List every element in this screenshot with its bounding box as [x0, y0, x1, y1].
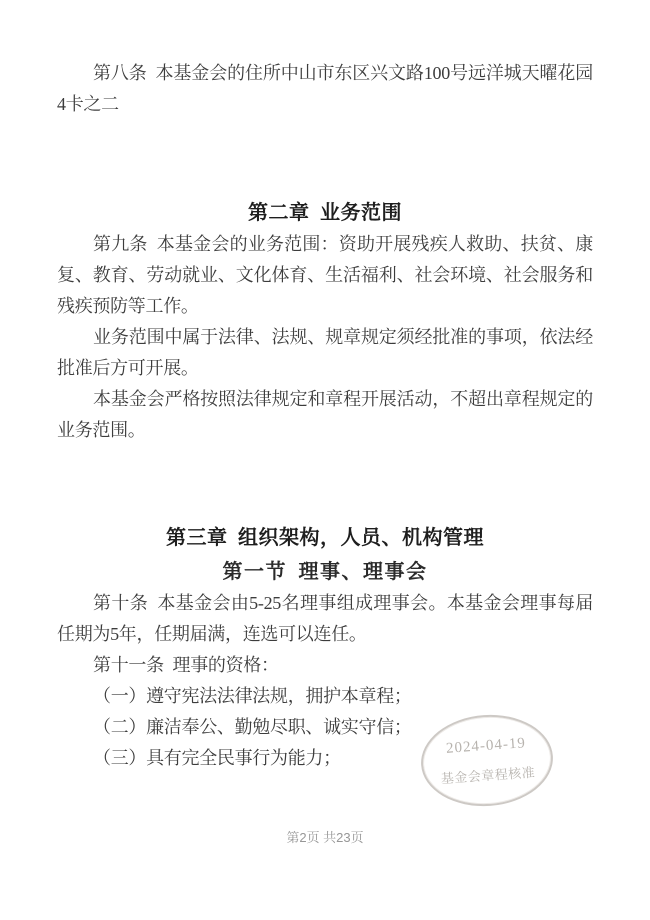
- page-number-indicator: 第2页 共23页: [286, 830, 363, 845]
- chapter-3-heading: 第三章 组织架构，人员、机构管理: [57, 523, 593, 554]
- chapter-2-heading: 第二章 业务范围: [57, 198, 593, 229]
- section-1-heading: 第一节 理事、理事会: [57, 557, 593, 588]
- stamp-label: 基金会章程核准: [440, 761, 536, 787]
- document-content: 第八条 本基金会的住所中山市东区兴文路100号远洋城天曜花园4卡之二 第二章 业…: [0, 0, 650, 774]
- qualification-item-1: （一）遵守宪法法律法规，拥护本章程；: [57, 681, 593, 712]
- document-page: 第八条 本基金会的住所中山市东区兴文路100号远洋城天曜花园4卡之二 第二章 业…: [0, 0, 650, 920]
- paragraph-article-10: 第十条 本基金会由5-25名理事组成理事会。本基金会理事每届任期为5年，任期届满…: [57, 588, 593, 650]
- page-footer: 第2页 共23页: [0, 827, 650, 846]
- paragraph-article-11: 第十一条 理事的资格：: [57, 650, 593, 681]
- stamp-date: 2024-04-19: [445, 735, 526, 758]
- paragraph-strict-scope: 本基金会严格按照法律规定和章程开展活动，不超出章程规定的业务范围。: [57, 384, 593, 446]
- paragraph-approval-required: 业务范围中属于法律、法规、规章规定须经批准的事项，依法经批准后方可开展。: [57, 322, 593, 384]
- paragraph-article-8: 第八条 本基金会的住所中山市东区兴文路100号远洋城天曜花园4卡之二: [57, 58, 593, 120]
- paragraph-article-9: 第九条 本基金会的业务范围：资助开展残疾人救助、扶贫、康复、教育、劳动就业、文化…: [57, 229, 593, 322]
